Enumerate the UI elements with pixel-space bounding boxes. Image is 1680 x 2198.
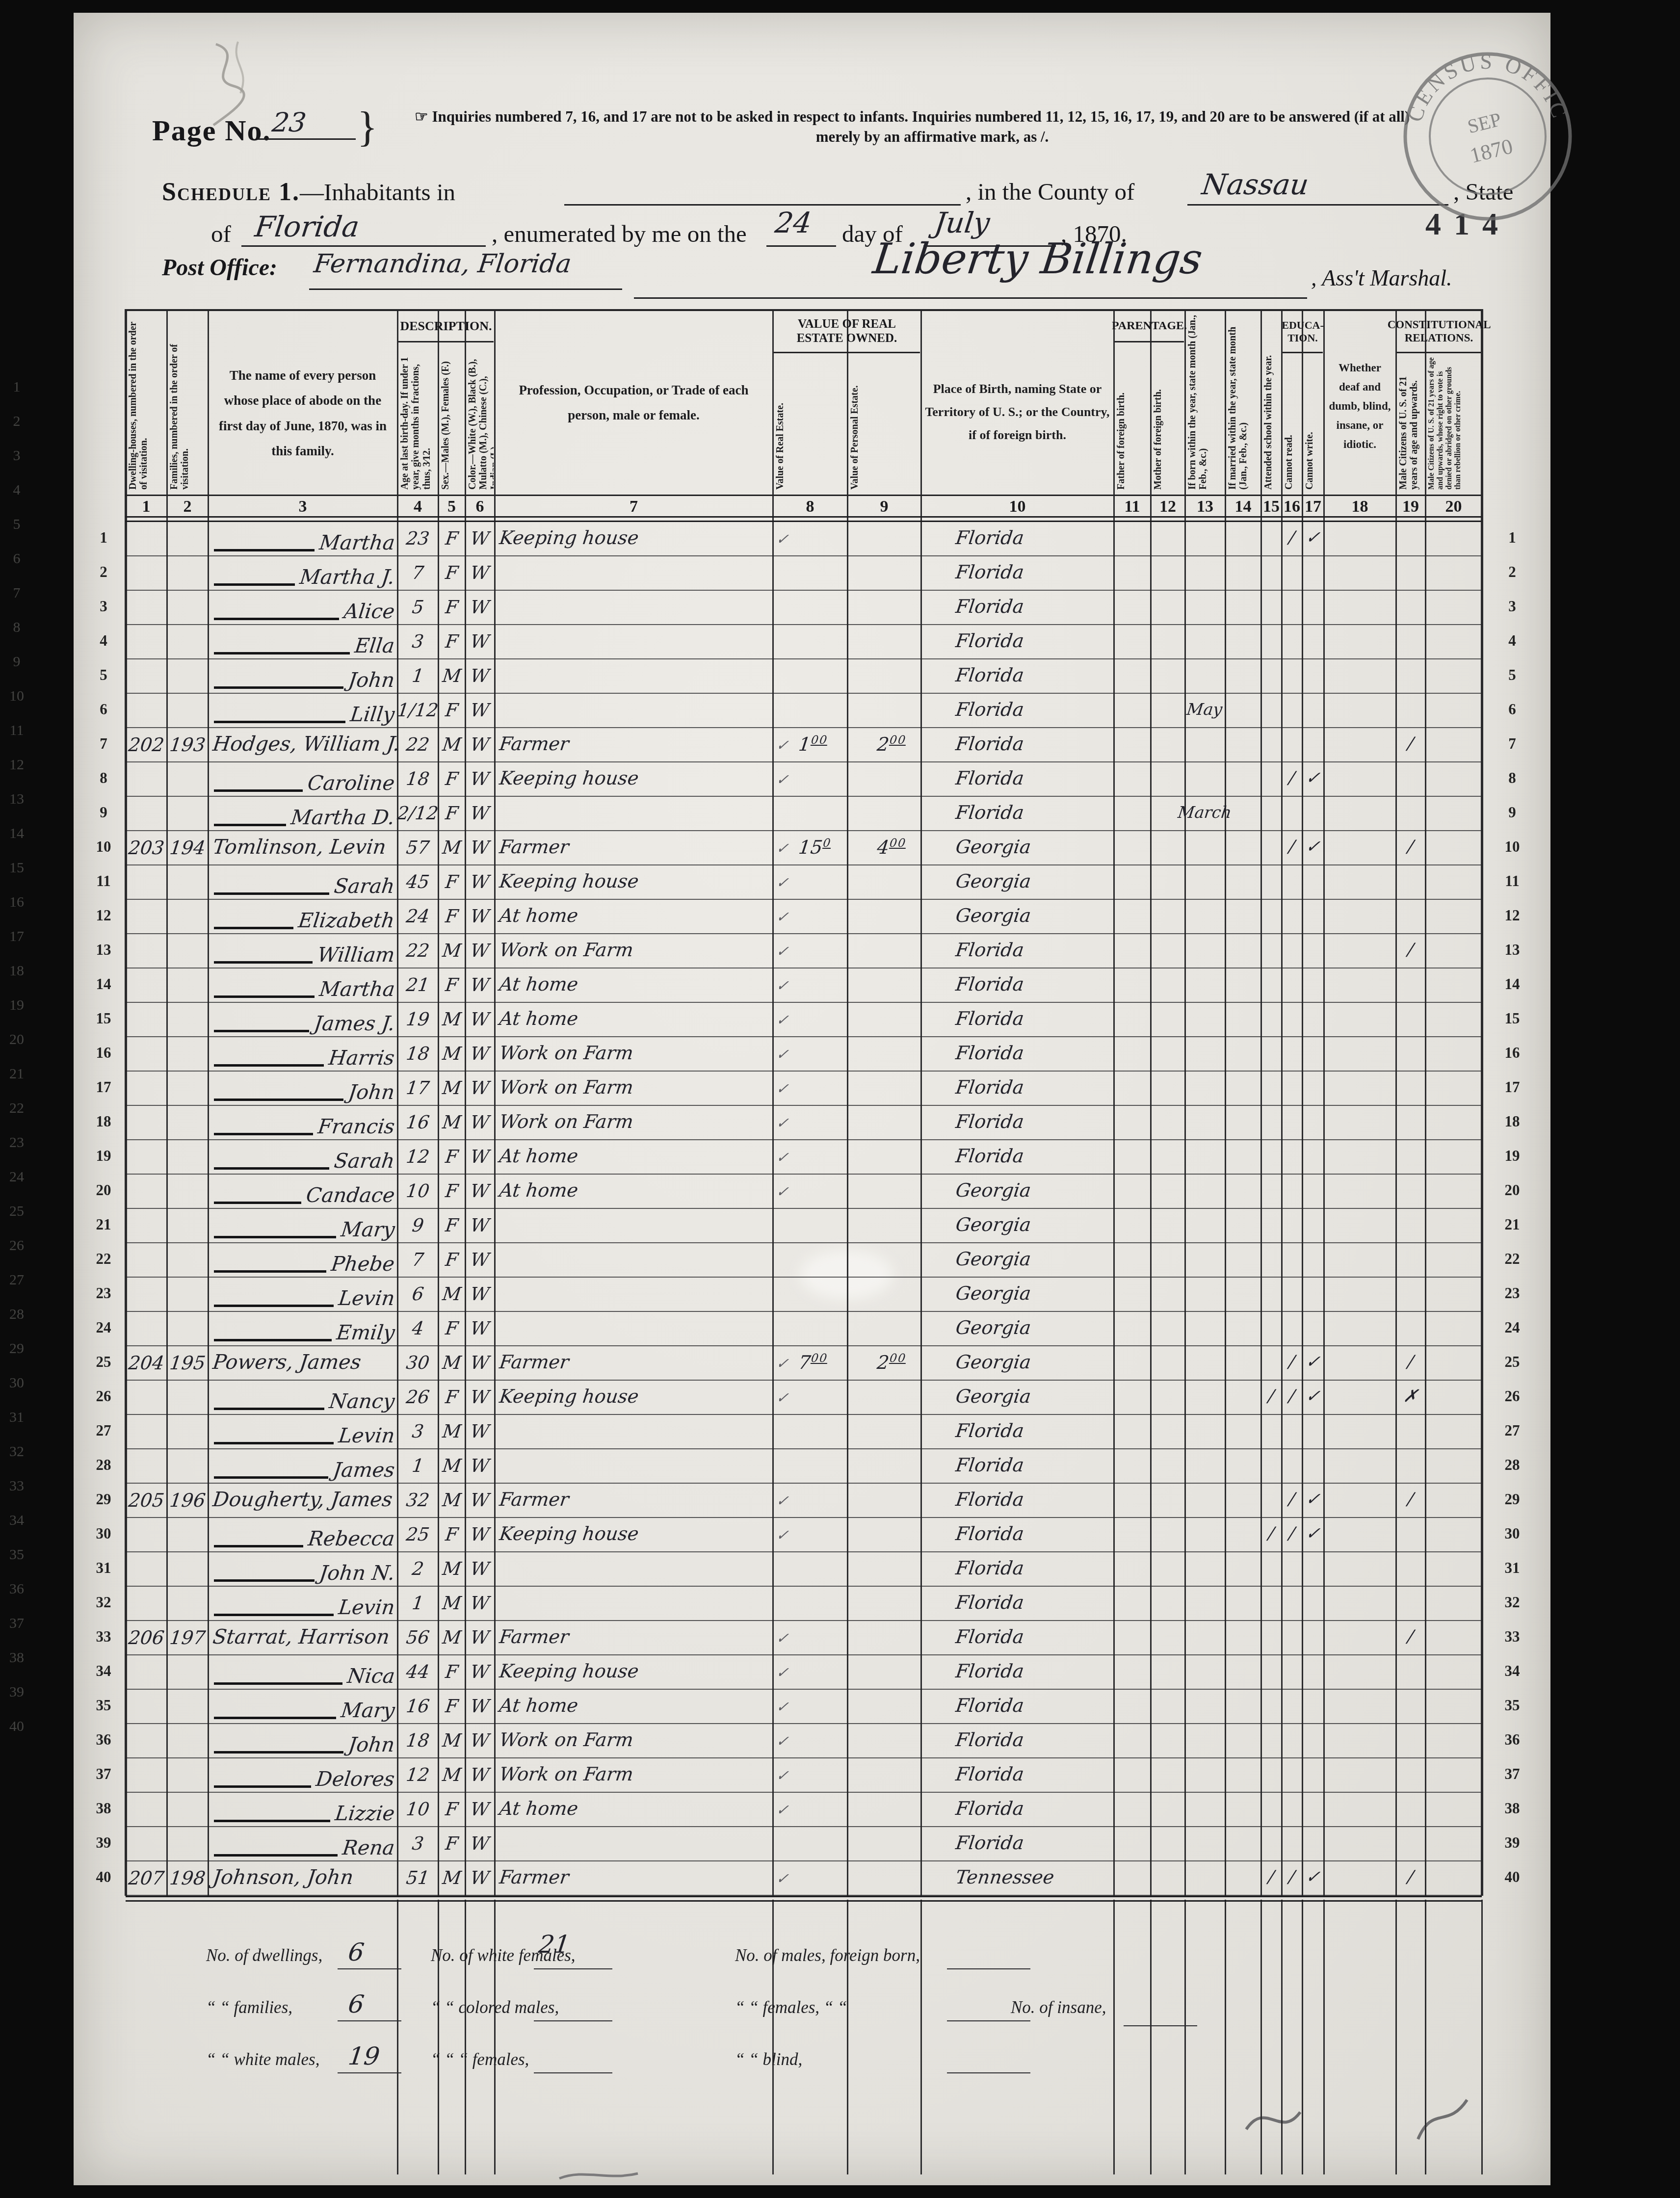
birthplace-cell: Florida bbox=[956, 1523, 1152, 1545]
name-cell: Mary bbox=[214, 1690, 394, 1724]
real-estate-tick: ✓ bbox=[776, 771, 796, 788]
column-heading-14: If married within the year, state month … bbox=[1226, 311, 1260, 494]
age-cell: 12 bbox=[397, 1146, 438, 1168]
occupation-cell: At home bbox=[499, 1008, 769, 1030]
row-number-left: 33 bbox=[87, 1628, 120, 1646]
ditto-line bbox=[214, 1270, 326, 1273]
age-cell: 10 bbox=[397, 1180, 438, 1202]
ditto-line bbox=[214, 1339, 332, 1341]
header-bottom-rule bbox=[126, 495, 1482, 496]
given-name: Levin bbox=[337, 1286, 396, 1312]
color-cell: W bbox=[465, 1730, 495, 1752]
footer-label: “ “ colored males, bbox=[431, 1998, 559, 2017]
footer-vertical-rule bbox=[1481, 1900, 1483, 2174]
given-name: Martha bbox=[317, 977, 396, 1003]
given-name: Elizabeth bbox=[297, 909, 396, 934]
footer-vertical-rule bbox=[494, 1900, 496, 2174]
given-name: Emily bbox=[335, 1321, 396, 1346]
footer-vertical-rule bbox=[1225, 1900, 1226, 2174]
sex-cell: F bbox=[438, 597, 465, 618]
birthplace-cell: Georgia bbox=[956, 905, 1152, 927]
sex-cell: M bbox=[438, 1867, 465, 1889]
real-estate-tick: ✓ bbox=[776, 1183, 796, 1201]
occupation-cell: At home bbox=[499, 1145, 769, 1167]
birthplace-cell: Florida bbox=[956, 1489, 1152, 1511]
mark-cell-15: / bbox=[1261, 1387, 1282, 1406]
column-number-4: 4 bbox=[397, 497, 438, 516]
sex-cell: M bbox=[438, 1455, 465, 1477]
occupation-cell: Farmer bbox=[499, 1866, 769, 1888]
table-row: Levin6MWGeorgia bbox=[126, 1278, 1482, 1312]
real-estate-tick: ✓ bbox=[776, 1664, 796, 1681]
ditto-line bbox=[214, 1030, 309, 1032]
name-cell: Sarah bbox=[214, 1140, 394, 1175]
sex-cell: M bbox=[438, 1043, 465, 1065]
column-heading-11: Father of foreign birth. bbox=[1115, 342, 1150, 494]
footer-vertical-rule bbox=[920, 1900, 922, 2174]
film-ghost-number: 3 bbox=[2, 447, 31, 464]
sex-cell: F bbox=[438, 803, 465, 824]
ditto-line bbox=[214, 1682, 342, 1685]
color-cell: W bbox=[465, 1215, 495, 1236]
row-number-left: 1 bbox=[87, 529, 120, 547]
color-cell: W bbox=[465, 1112, 495, 1133]
ditto-line bbox=[214, 1820, 330, 1822]
row-number-right: 27 bbox=[1490, 1422, 1535, 1439]
row-number-left: 18 bbox=[87, 1113, 120, 1130]
color-cell: W bbox=[465, 700, 495, 721]
film-ghost-number: 23 bbox=[2, 1134, 31, 1151]
occupation-cell: Farmer bbox=[499, 1626, 769, 1648]
name-cell: Tomlinson, Levin bbox=[213, 835, 395, 859]
sex-cell: M bbox=[438, 1112, 465, 1133]
real-estate-tick: ✓ bbox=[776, 1355, 796, 1372]
group-header-constitutional: CONSTITUTIONAL RELATIONS. bbox=[1397, 311, 1481, 353]
footer-vertical-rule bbox=[1395, 1900, 1397, 2174]
family-number-cell: 196 bbox=[169, 1490, 206, 1512]
table-row: Phebe7FWGeorgia bbox=[126, 1243, 1482, 1278]
given-name: James bbox=[332, 1458, 396, 1484]
table-row: Elizabeth24FWAt home✓Georgia bbox=[126, 900, 1482, 934]
film-ghost-number: 20 bbox=[2, 1031, 31, 1048]
age-cell: 30 bbox=[397, 1352, 438, 1374]
mark-cell-16: / bbox=[1282, 1524, 1302, 1544]
real-estate-tick: ✓ bbox=[776, 909, 796, 926]
film-ghost-number: 31 bbox=[2, 1409, 31, 1426]
real-estate-tick: ✓ bbox=[776, 1802, 796, 1819]
mark-cell-17: ✓ bbox=[1302, 1524, 1324, 1544]
table-row: 203194Tomlinson, Levin57MWFarmer✓150400G… bbox=[126, 831, 1482, 865]
row-number-right: 1 bbox=[1490, 529, 1535, 547]
real-estate-tick: ✓ bbox=[776, 1149, 796, 1166]
row-number-right: 3 bbox=[1490, 598, 1535, 615]
column-heading-1: Dwelling-houses, numbered in the order o… bbox=[127, 311, 166, 494]
mark-cell-16: / bbox=[1282, 1867, 1302, 1887]
birthplace-cell: Georgia bbox=[956, 836, 1152, 858]
name-cell: Levin bbox=[214, 1415, 394, 1449]
footer-label: No. of insane, bbox=[1011, 1998, 1106, 2017]
real-estate-tick: ✓ bbox=[776, 1767, 796, 1784]
dwelling-number-cell: 202 bbox=[127, 734, 166, 756]
ditto-line bbox=[214, 1408, 324, 1410]
birthplace-cell: Georgia bbox=[956, 1386, 1152, 1408]
row-number-left: 11 bbox=[87, 872, 120, 890]
ditto-line bbox=[214, 927, 293, 929]
column-number-16: 16 bbox=[1282, 497, 1302, 516]
census-table: DESCRIPTION.VALUE OF REAL ESTATE OWNED.P… bbox=[0, 0, 1680, 2198]
row-number-left: 38 bbox=[87, 1800, 120, 1817]
name-cell: Alice bbox=[214, 591, 394, 625]
row-number-left: 13 bbox=[87, 941, 120, 959]
footer-blank bbox=[338, 1968, 401, 1969]
sex-cell: F bbox=[438, 1146, 465, 1168]
film-ghost-number: 24 bbox=[2, 1169, 31, 1185]
birthplace-cell: Florida bbox=[956, 699, 1152, 721]
name-cell: Johnson, John bbox=[213, 1865, 395, 1889]
age-cell: 18 bbox=[397, 768, 438, 790]
film-ghost-number: 37 bbox=[2, 1615, 31, 1632]
name-cell: Mary bbox=[214, 1209, 394, 1243]
footer-vertical-rule bbox=[1260, 1900, 1262, 2174]
footer-value: 6 bbox=[348, 1938, 364, 1966]
sex-cell: M bbox=[438, 1283, 465, 1305]
age-cell: 56 bbox=[397, 1627, 438, 1648]
age-cell: 26 bbox=[397, 1387, 438, 1408]
film-ghost-number: 2 bbox=[2, 413, 31, 430]
birthplace-cell: Georgia bbox=[956, 1351, 1152, 1373]
row-number-right: 39 bbox=[1490, 1834, 1535, 1852]
table-row: Caroline18FWKeeping house✓Florida/✓ bbox=[126, 762, 1482, 797]
film-ghost-number: 30 bbox=[2, 1375, 31, 1391]
column-heading-15: Attended school within the year. bbox=[1262, 311, 1281, 494]
table-row: Ella3FWFlorida bbox=[126, 625, 1482, 659]
name-cell: Hodges, William J. bbox=[213, 732, 395, 756]
sex-cell: F bbox=[438, 562, 465, 584]
name-cell: Martha D. bbox=[214, 797, 394, 831]
birthplace-cell: Florida bbox=[956, 1660, 1152, 1682]
color-cell: W bbox=[465, 1593, 495, 1614]
age-cell: 3 bbox=[397, 1833, 438, 1855]
table-row: Martha J.7FWFlorida bbox=[126, 556, 1482, 591]
table-row: Sarah45FWKeeping house✓Georgia bbox=[126, 865, 1482, 900]
column-heading-19: Male Citizens of U. S. of 21 years of ag… bbox=[1397, 353, 1424, 494]
footer-label: “ “ blind, bbox=[735, 2050, 802, 2069]
row-number-left: 8 bbox=[87, 769, 120, 787]
age-cell: 3 bbox=[397, 1421, 438, 1442]
row-number-left: 6 bbox=[87, 701, 120, 718]
film-ghost-number: 27 bbox=[2, 1272, 31, 1288]
given-name: Mary bbox=[340, 1218, 396, 1243]
birthplace-cell: Florida bbox=[956, 1454, 1152, 1476]
footer-label: No. of males, foreign born, bbox=[735, 1946, 920, 1965]
footer-blank bbox=[947, 1968, 1030, 1969]
group-header-value-owned: VALUE OF REAL ESTATE OWNED. bbox=[774, 311, 920, 353]
name-cell: James J. bbox=[214, 1003, 394, 1037]
real-estate-tick: ✓ bbox=[776, 874, 796, 891]
column-number-20: 20 bbox=[1425, 497, 1482, 516]
mark-cell-17: ✓ bbox=[1302, 1387, 1324, 1406]
given-name: Levin bbox=[337, 1596, 396, 1621]
table-row: Mary9FWGeorgia bbox=[126, 1209, 1482, 1243]
age-cell: 22 bbox=[397, 940, 438, 962]
given-name: John bbox=[347, 1080, 396, 1106]
color-cell: W bbox=[465, 631, 495, 653]
occupation-cell: At home bbox=[499, 1798, 769, 1820]
given-name: Rebecca bbox=[307, 1527, 396, 1552]
age-cell: 1/12 bbox=[397, 700, 438, 721]
age-cell: 18 bbox=[397, 1730, 438, 1752]
name-cell: Rebecca bbox=[214, 1518, 394, 1552]
column-heading-4: Age at last birth-day. If under 1 year, … bbox=[398, 342, 437, 494]
real-estate-value: 700 bbox=[799, 1351, 867, 1374]
sex-cell: F bbox=[438, 871, 465, 893]
given-name: Alice bbox=[342, 600, 396, 625]
real-estate-tick: ✓ bbox=[776, 531, 796, 548]
ditto-line bbox=[214, 1854, 338, 1857]
age-cell: 1 bbox=[397, 665, 438, 687]
table-row: Lilly1/12FWFloridaMay bbox=[126, 694, 1482, 728]
occupation-cell: Keeping house bbox=[499, 870, 769, 892]
ditto-line bbox=[214, 721, 345, 723]
row-number-right: 33 bbox=[1490, 1628, 1535, 1646]
film-ghost-number: 8 bbox=[2, 619, 31, 636]
column-heading-16: Cannot read. bbox=[1283, 353, 1301, 494]
film-ghost-number: 11 bbox=[2, 722, 31, 739]
color-cell: W bbox=[465, 1352, 495, 1374]
row-number-left: 28 bbox=[87, 1456, 120, 1474]
film-ghost-number: 12 bbox=[2, 757, 31, 773]
occupation-cell: Work on Farm bbox=[499, 1042, 769, 1064]
sex-cell: M bbox=[438, 1558, 465, 1580]
footer-vertical-rule bbox=[465, 1900, 466, 2174]
real-estate-tick: ✓ bbox=[776, 1080, 796, 1098]
name-cell: John N. bbox=[214, 1552, 394, 1587]
column-number-3: 3 bbox=[208, 497, 397, 516]
occupation-cell: Work on Farm bbox=[499, 1111, 769, 1133]
age-cell: 3 bbox=[397, 631, 438, 653]
age-cell: 51 bbox=[397, 1867, 438, 1889]
row-number-left: 31 bbox=[87, 1559, 120, 1577]
name-cell: Levin bbox=[214, 1587, 394, 1621]
column-number-11: 11 bbox=[1114, 497, 1151, 516]
film-ghost-number: 13 bbox=[2, 791, 31, 808]
ditto-line bbox=[214, 1064, 324, 1067]
birthplace-cell: Florida bbox=[956, 596, 1152, 618]
age-cell: 4 bbox=[397, 1318, 438, 1339]
footer-vertical-rule bbox=[1184, 1900, 1186, 2174]
ditto-line bbox=[214, 652, 350, 654]
row-number-left: 15 bbox=[87, 1010, 120, 1027]
group-header-education: EDUCA-TION. bbox=[1283, 311, 1323, 353]
column-number-7: 7 bbox=[495, 497, 773, 516]
real-estate-tick: ✓ bbox=[776, 1733, 796, 1750]
film-ghost-number: 26 bbox=[2, 1237, 31, 1254]
film-ghost-number: 18 bbox=[2, 963, 31, 979]
footer-vertical-rule bbox=[438, 1900, 439, 2174]
table-row: Nica44FWKeeping house✓Florida bbox=[126, 1655, 1482, 1690]
row-number-right: 14 bbox=[1490, 975, 1535, 993]
birthplace-cell: Georgia bbox=[956, 1214, 1152, 1236]
occupation-cell: Keeping house bbox=[499, 767, 769, 789]
age-cell: 32 bbox=[397, 1490, 438, 1511]
real-estate-tick: ✓ bbox=[776, 1630, 796, 1647]
row-number-right: 11 bbox=[1490, 872, 1535, 890]
given-name: Harris bbox=[327, 1046, 396, 1072]
footer-blank bbox=[338, 2020, 401, 2021]
row-number-left: 36 bbox=[87, 1731, 120, 1749]
color-cell: W bbox=[465, 1490, 495, 1511]
birthplace-cell: Florida bbox=[956, 1076, 1152, 1099]
occupation-cell: Farmer bbox=[499, 1351, 769, 1373]
column-heading-18: Whether deaf and dumb, blind, insane, or… bbox=[1328, 358, 1392, 454]
sex-cell: M bbox=[438, 940, 465, 962]
occupation-cell: Keeping house bbox=[499, 1660, 769, 1682]
real-estate-tick: ✓ bbox=[776, 1046, 796, 1063]
column-number-15: 15 bbox=[1261, 497, 1282, 516]
dwelling-number-cell: 205 bbox=[127, 1490, 166, 1512]
name-cell: Martha J. bbox=[214, 556, 394, 591]
ditto-line bbox=[214, 1476, 328, 1479]
name-cell: Martha bbox=[214, 522, 394, 556]
age-cell: 45 bbox=[397, 871, 438, 893]
ditto-line bbox=[214, 1442, 334, 1444]
table-row: Lizzie10FWAt home✓Florida bbox=[126, 1793, 1482, 1827]
age-cell: 18 bbox=[397, 1043, 438, 1065]
sex-cell: F bbox=[438, 1799, 465, 1820]
color-cell: W bbox=[465, 906, 495, 927]
row-number-right: 29 bbox=[1490, 1491, 1535, 1508]
table-row: 202193Hodges, William J.22MWFarmer✓10020… bbox=[126, 728, 1482, 762]
row-number-left: 23 bbox=[87, 1284, 120, 1302]
row-number-right: 12 bbox=[1490, 907, 1535, 924]
row-number-right: 8 bbox=[1490, 769, 1535, 787]
row-number-right: 13 bbox=[1490, 941, 1535, 959]
column-heading-7: Profession, Occupation, or Trade of each… bbox=[499, 378, 769, 428]
column-number-5: 5 bbox=[438, 497, 465, 516]
ditto-line bbox=[214, 1717, 336, 1719]
table-row: Levin3MWFlorida bbox=[126, 1415, 1482, 1449]
real-estate-tick: ✓ bbox=[776, 1492, 796, 1510]
table-row: John18MWWork on Farm✓Florida bbox=[126, 1724, 1482, 1758]
row-number-left: 4 bbox=[87, 632, 120, 650]
age-cell: 12 bbox=[397, 1764, 438, 1786]
color-cell: W bbox=[465, 1009, 495, 1030]
film-ghost-number: 29 bbox=[2, 1340, 31, 1357]
footer-blank bbox=[947, 2072, 1030, 2073]
ditto-line bbox=[214, 549, 315, 551]
given-name: Nica bbox=[345, 1664, 396, 1690]
name-cell: Caroline bbox=[214, 762, 394, 797]
ditto-line bbox=[214, 1305, 334, 1307]
color-cell: W bbox=[465, 1833, 495, 1855]
ditto-line bbox=[214, 686, 343, 689]
age-cell: 57 bbox=[397, 837, 438, 859]
table-row: Martha21FWAt home✓Florida bbox=[126, 968, 1482, 1003]
name-cell: Candace bbox=[214, 1175, 394, 1209]
given-name: Levin bbox=[337, 1424, 396, 1449]
birthplace-cell: Tennessee bbox=[956, 1866, 1152, 1888]
given-name: Sarah bbox=[333, 1149, 396, 1175]
table-row: Mary16FWAt home✓Florida bbox=[126, 1690, 1482, 1724]
column-heading-10: Place of Birth, naming State or Territor… bbox=[925, 378, 1110, 446]
row-number-right: 2 bbox=[1490, 563, 1535, 581]
row-number-left: 19 bbox=[87, 1147, 120, 1165]
ditto-line bbox=[214, 1545, 303, 1547]
age-cell: 9 bbox=[397, 1215, 438, 1236]
row-number-left: 5 bbox=[87, 666, 120, 684]
color-cell: W bbox=[465, 974, 495, 996]
row-number-left: 3 bbox=[87, 598, 120, 615]
mark-cell-19: / bbox=[1396, 837, 1425, 857]
footer-vertical-rule bbox=[1302, 1900, 1303, 2174]
film-ghost-number: 15 bbox=[2, 860, 31, 876]
mark-cell-17: ✓ bbox=[1302, 1867, 1324, 1887]
birthplace-cell: Florida bbox=[956, 1592, 1152, 1614]
ditto-line bbox=[214, 1236, 336, 1238]
birthplace-cell: Georgia bbox=[956, 1248, 1152, 1270]
given-name: Martha J. bbox=[298, 565, 396, 591]
film-ghost-number: 36 bbox=[2, 1581, 31, 1597]
age-cell: 21 bbox=[397, 974, 438, 996]
table-row: Sarah12FWAt home✓Florida bbox=[126, 1140, 1482, 1175]
sex-cell: F bbox=[438, 1661, 465, 1683]
birthplace-cell: Florida bbox=[956, 1626, 1152, 1648]
table-row: Delores12MWWork on Farm✓Florida bbox=[126, 1758, 1482, 1793]
sex-cell: F bbox=[438, 1249, 465, 1271]
birthplace-cell: Florida bbox=[956, 1111, 1152, 1133]
real-estate-tick: ✓ bbox=[776, 1012, 796, 1029]
row-number-left: 12 bbox=[87, 907, 120, 924]
table-row: Martha D.2/12FWFloridaMarch bbox=[126, 797, 1482, 831]
name-cell: Dougherty, James bbox=[213, 1488, 395, 1511]
real-estate-tick: ✓ bbox=[776, 943, 796, 960]
occupation-cell: Farmer bbox=[499, 836, 769, 858]
given-name: John N. bbox=[318, 1561, 396, 1587]
color-cell: W bbox=[465, 1077, 495, 1099]
color-cell: W bbox=[465, 734, 495, 756]
number-row-bottom-rule bbox=[126, 516, 1482, 522]
sex-cell: M bbox=[438, 1593, 465, 1614]
table-row: Harris18MWWork on Farm✓Florida bbox=[126, 1037, 1482, 1072]
footer-blank bbox=[1124, 2025, 1197, 2026]
mark-cell-16: / bbox=[1282, 528, 1302, 548]
column-number-2: 2 bbox=[167, 497, 208, 516]
film-ghost-number: 6 bbox=[2, 550, 31, 567]
birthplace-cell: Florida bbox=[956, 973, 1152, 995]
age-cell: 16 bbox=[397, 1112, 438, 1133]
real-estate-value: 150 bbox=[799, 836, 867, 859]
given-name: John bbox=[347, 1733, 396, 1758]
personal-estate-value: 400 bbox=[877, 836, 946, 859]
ditto-line bbox=[214, 995, 315, 998]
real-estate-tick: ✓ bbox=[776, 977, 796, 994]
given-name: Delores bbox=[315, 1767, 396, 1793]
mark-cell-17: ✓ bbox=[1302, 768, 1324, 788]
mark-cell-17: ✓ bbox=[1302, 528, 1324, 548]
ditto-line bbox=[214, 789, 303, 792]
table-row: Francis16MWWork on Farm✓Florida bbox=[126, 1106, 1482, 1140]
row-number-right: 15 bbox=[1490, 1010, 1535, 1027]
age-cell: 10 bbox=[397, 1799, 438, 1820]
column-heading-20: Male Citizens of U. S. of 21 years of ag… bbox=[1426, 353, 1481, 494]
row-number-right: 21 bbox=[1490, 1216, 1535, 1233]
color-cell: W bbox=[465, 1524, 495, 1545]
ditto-line bbox=[214, 1579, 315, 1582]
mark-cell-19: ✗ bbox=[1396, 1387, 1425, 1406]
birthplace-cell: Florida bbox=[956, 561, 1152, 583]
sex-cell: F bbox=[438, 1318, 465, 1339]
color-cell: W bbox=[465, 803, 495, 824]
